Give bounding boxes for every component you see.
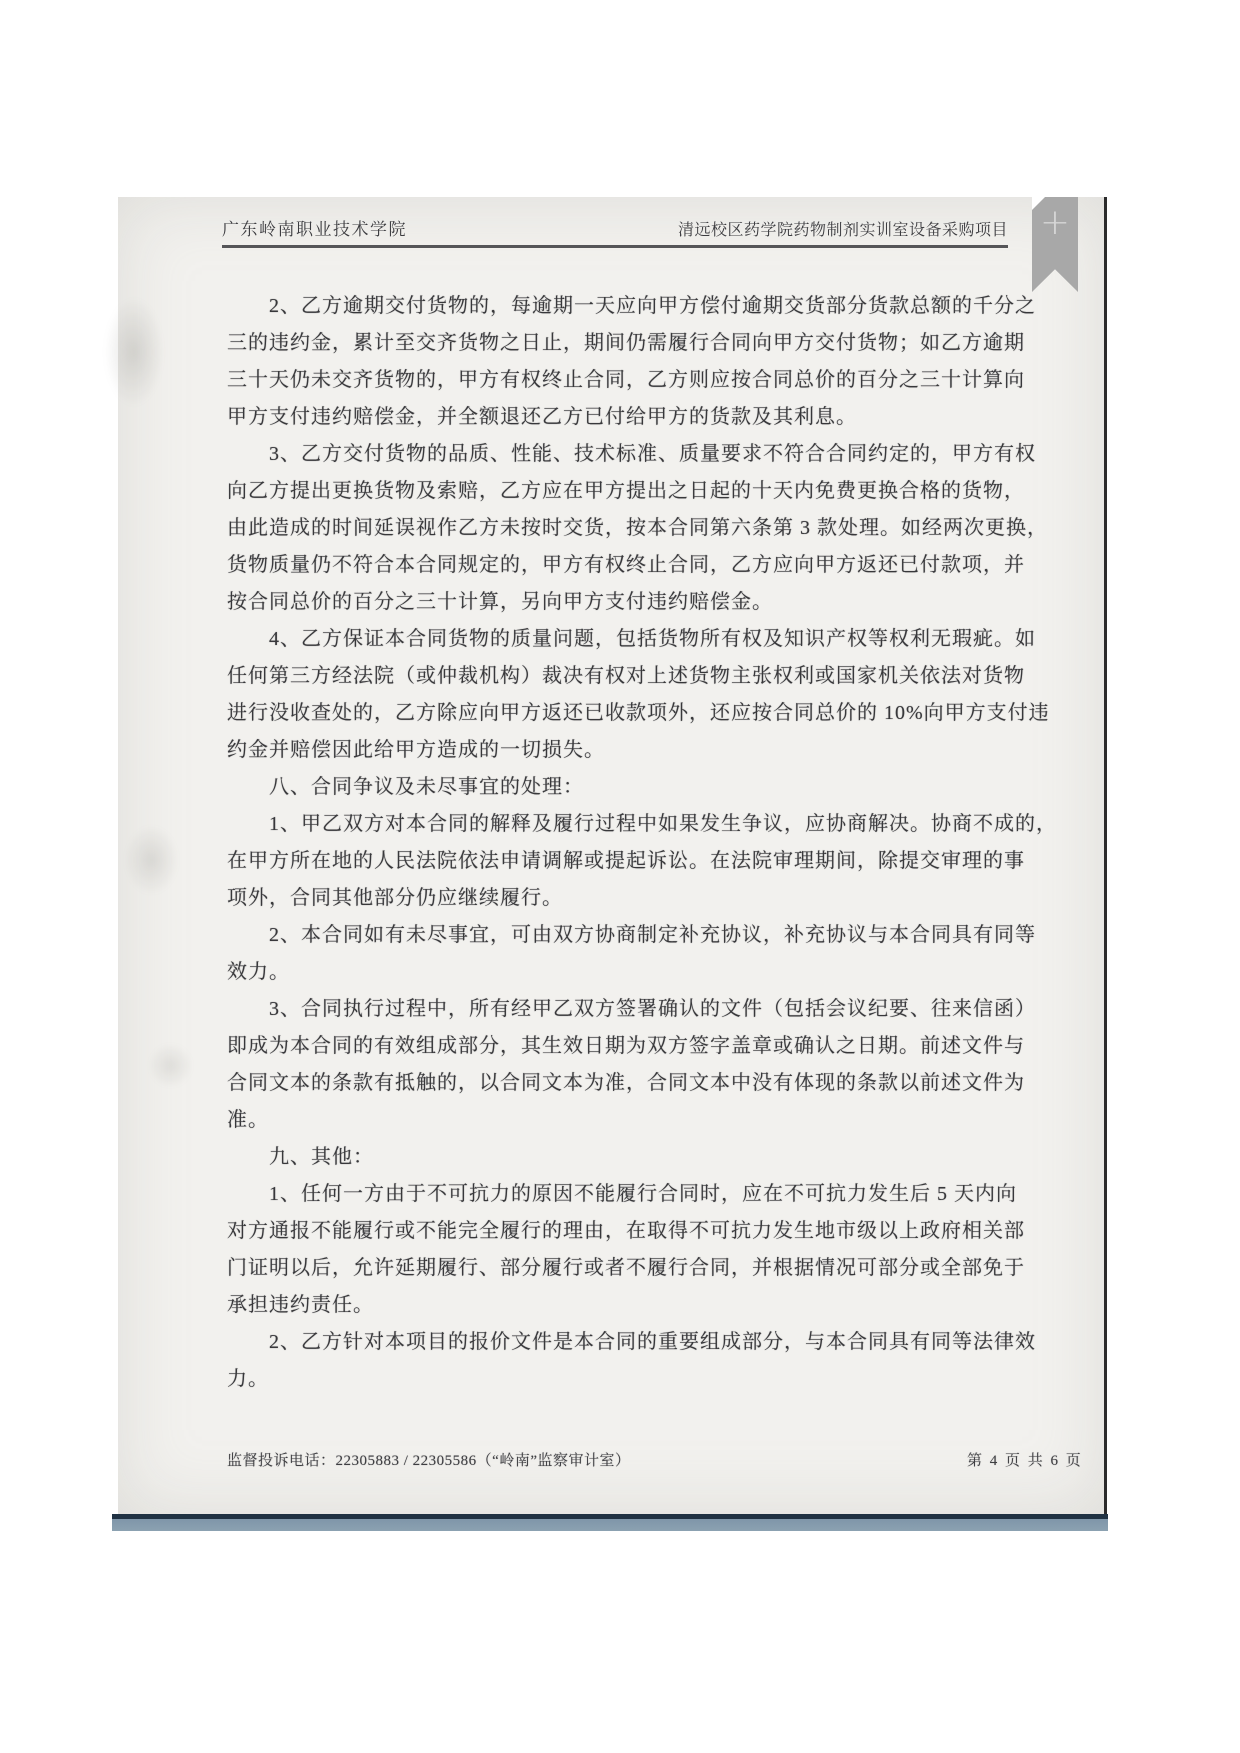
header-school-name: 广东岭南职业技术学院 — [222, 215, 407, 240]
body-line: 2、乙方针对本项目的报价文件是本合同的重要组成部分，与本合同具有同等法律效 — [227, 1324, 1027, 1361]
scan-artifact — [124, 825, 179, 895]
contract-body: 2、乙方逾期交付货物的，每逾期一天应向甲方偿付逾期交货部分货款总额的千分之三的违… — [227, 288, 1027, 1398]
body-line: 对方通报不能履行或不能完全履行的理由，在取得不可抗力发生地市级以上政府相关部 — [227, 1213, 1027, 1250]
page-edge-shadow — [1104, 197, 1107, 1516]
body-line: 3、合同执行过程中，所有经甲乙双方签署确认的文件（包括会议纪要、往来信函） — [227, 991, 1027, 1028]
body-line: 向乙方提出更换货物及索赔，乙方应在甲方提出之日起的十天内免费更换合格的货物， — [227, 473, 1027, 510]
page-footer: 监督投诉电话：22305883 / 22305586（“岭南”监察审计室） 第 … — [227, 1449, 1027, 1473]
body-line: 3、乙方交付货物的品质、性能、技术标准、质量要求不符合合同约定的，甲方有权 — [227, 436, 1027, 473]
document-page: 广东岭南职业技术学院 清远校区药学院药物制剂实训室设备采购项目 2、乙方逾期交付… — [118, 197, 1106, 1514]
footer-hotline: 监督投诉电话：22305883 / 22305586（“岭南”监察审计室） — [227, 1449, 631, 1470]
body-line: 在甲方所在地的人民法院依法申请调解或提起诉讼。在法院审理期间，除提交审理的事 — [227, 843, 1027, 880]
body-line: 1、甲乙双方对本合同的解释及履行过程中如果发生争议，应协商解决。协商不成的， — [227, 806, 1027, 843]
body-line: 承担违约责任。 — [227, 1287, 1027, 1324]
body-line: 约金并赔偿因此给甲方造成的一切损失。 — [227, 732, 1027, 769]
body-line: 即成为本合同的有效组成部分，其生效日期为双方签字盖章或确认之日期。前述文件与 — [227, 1028, 1027, 1065]
plus-icon: + — [1032, 205, 1078, 241]
body-line: 按合同总价的百分之三十计算，另向甲方支付违约赔偿金。 — [227, 584, 1027, 621]
body-line: 由此造成的时间延误视作乙方未按时交货，按本合同第六条第 3 款处理。如经两次更换… — [227, 510, 1027, 547]
footer-page-indicator: 第 4 页 共 6 页 — [967, 1449, 1083, 1470]
body-line: 甲方支付违约赔偿金，并全额退还乙方已付给甲方的货款及其利息。 — [227, 399, 1027, 436]
body-line: 2、乙方逾期交付货物的，每逾期一天应向甲方偿付逾期交货部分货款总额的千分之 — [227, 288, 1027, 325]
body-line: 2、本合同如有未尽事宜，可由双方协商制定补充协议，补充协议与本合同具有同等 — [227, 917, 1027, 954]
body-line: 力。 — [227, 1361, 1027, 1398]
body-line: 三十天仍未交齐货物的，甲方有权终止合同，乙方则应按合同总价的百分之三十计算向 — [227, 362, 1027, 399]
body-line: 八、合同争议及未尽事宜的处理： — [227, 769, 1027, 806]
scan-artifact — [104, 297, 164, 407]
body-line: 三的违约金，累计至交齐货物之日止，期间仍需履行合同向甲方交付货物；如乙方逾期 — [227, 325, 1027, 362]
scan-bottom-bar — [112, 1514, 1108, 1531]
body-line: 效力。 — [227, 954, 1027, 991]
body-line: 门证明以后，允许延期履行、部分履行或者不履行合同，并根据情况可部分或全部免于 — [227, 1250, 1027, 1287]
body-line: 进行没收查处的，乙方除应向甲方返还已收款项外，还应按合同总价的 10%向甲方支付… — [227, 695, 1027, 732]
body-line: 九、其他： — [227, 1139, 1027, 1176]
header-project-name: 清远校区药学院药物制剂实训室设备采购项目 — [678, 217, 1008, 240]
body-line: 任何第三方经法院（或仲裁机构）裁决有权对上述货物主张权利或国家机关依法对货物 — [227, 658, 1027, 695]
scanned-document: 广东岭南职业技术学院 清远校区药学院药物制剂实训室设备采购项目 2、乙方逾期交付… — [0, 0, 1240, 1753]
page-header: 广东岭南职业技术学院 清远校区药学院药物制剂实训室设备采购项目 — [222, 211, 1008, 248]
body-line: 货物质量仍不符合本合同规定的，甲方有权终止合同，乙方应向甲方返还已付款项，并 — [227, 547, 1027, 584]
body-line: 1、任何一方由于不可抗力的原因不能履行合同时，应在不可抗力发生后 5 天内向 — [227, 1176, 1027, 1213]
body-line: 项外，合同其他部分仍应继续履行。 — [227, 880, 1027, 917]
scan-artifact — [148, 1043, 193, 1088]
body-line: 合同文本的条款有抵触的，以合同文本为准，合同文本中没有体现的条款以前述文件为 — [227, 1065, 1027, 1102]
body-line: 准。 — [227, 1102, 1027, 1139]
body-line: 4、乙方保证本合同货物的质量问题，包括货物所有权及知识产权等权利无瑕疵。如 — [227, 621, 1027, 658]
